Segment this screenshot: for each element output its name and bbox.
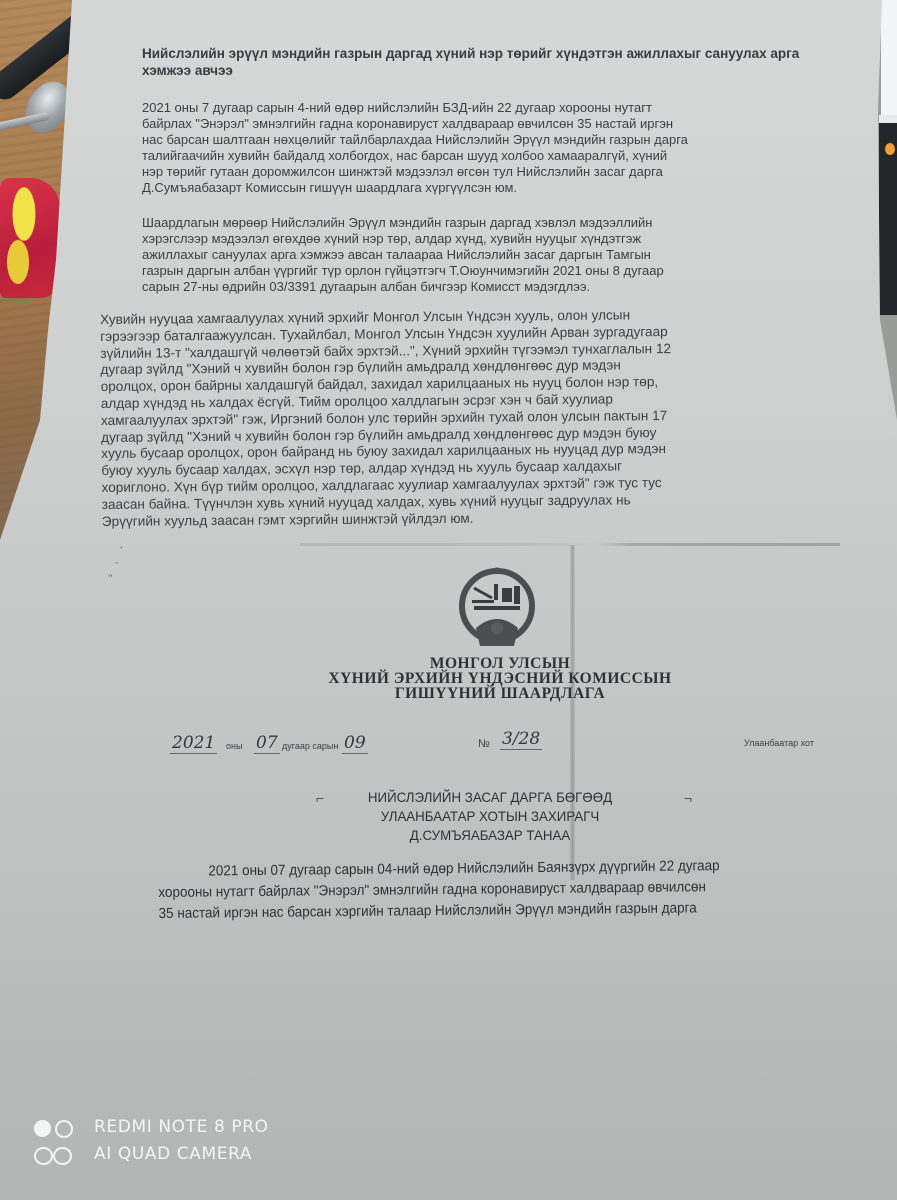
infinity-logo-icon — [34, 1144, 80, 1166]
number-label: № — [478, 738, 490, 750]
letterhead: МОНГОЛ УЛСЫН ХҮНИЙ ЭРХИЙН ҮНДЭСНИЙ КОМИС… — [300, 656, 700, 701]
speck: ʼʼ — [108, 573, 122, 587]
letter-body: 2021 оны 07 дугаар сарын 04-ний өдөр Ний… — [158, 856, 720, 925]
speck: ⁻ — [114, 559, 122, 573]
letterhead-line: ГИШҮҮНИЙ ШААРДЛАГА — [300, 686, 700, 701]
addressee-line: НИЙСЛЭЛИЙН ЗАСАГ ДАРГА БӨГӨӨД — [300, 788, 680, 807]
text-line: 2021 оны 7 дугаар сарын 4-ний өдөр нийсл… — [142, 100, 688, 116]
letterhead-line: ХҮНИЙ ЭРХИЙН ҮНДЭСНИЙ КОМИССЫН — [300, 671, 700, 686]
text-line: байрлах "Энэрэл" эмнэлгийн гадна коронав… — [142, 116, 688, 132]
document: Нийслэлийн эрүүл мэндийн газрын даргад х… — [0, 0, 897, 1200]
city-label: Улаанбаатар хот — [744, 738, 814, 748]
text-line: талийгаачийн хувийн байдалд холбогдох, н… — [142, 148, 688, 164]
print-specks: ʼ ⁻ ʼʼ — [106, 545, 122, 587]
month-label: дугаар сарын — [282, 741, 338, 751]
text-line: нас барсан шалтгаан нөхцөлийг тайлбарлах… — [142, 132, 688, 148]
text-line: ажиллахыг сануулах арга хэмжээ авсан тал… — [142, 247, 664, 263]
date-month-field: 07 — [254, 733, 280, 753]
text-line: Шаардлагын мөрөөр Нийслэлийн Эрүүл мэнди… — [142, 215, 664, 231]
letterhead-line: МОНГОЛ УЛСЫН — [300, 656, 700, 671]
speck: ʼ — [120, 545, 122, 559]
text-line: нэр төрийг гутаан доромжилсон шинжтэй мэ… — [142, 164, 688, 180]
watermark-line-2: AI QUAD CAMERA — [94, 1141, 252, 1168]
text-line: Д.Сумъяабазарт Комиссын гишүүн шаардлага… — [142, 180, 688, 196]
addressee-line: УЛААНБААТАР ХОТЫН ЗАХИРАГЧ — [300, 807, 680, 826]
document-heading: Нийслэлийн эрүүл мэндийн газрын даргад х… — [142, 45, 832, 79]
year-label: оны — [226, 741, 242, 751]
camera-watermark: REDMI NOTE 8 PRO AI QUAD CAMERA — [34, 1114, 269, 1168]
addressee-line: Д.СУМЪЯАБАЗАР ТАНАА — [300, 826, 680, 845]
date-day-field: 09 — [342, 733, 368, 753]
paragraph-2: Шаардлагын мөрөөр Нийслэлийн Эрүүл мэнди… — [142, 215, 664, 295]
letter-number-field: 3/28 — [500, 729, 542, 749]
addressee-block: НИЙСЛЭЛИЙН ЗАСАГ ДАРГА БӨГӨӨД УЛААНБААТА… — [300, 788, 680, 845]
text-line: 35 настай иргэн нас барсан хэргийн талаа… — [158, 898, 720, 925]
paragraph-3: Хувийн нууцаа хамгаалуулах хүний эрхийг … — [100, 307, 673, 530]
letter-date-row: 2021 оны 07 дугаар сарын 09 № 3/28 Улаан… — [170, 733, 840, 757]
text-line: сарын 27-ны өдрийн 03/3391 дугаарын алба… — [142, 279, 664, 295]
text-line: хэрэгслээр мэдээлэл өгөхдөө хүний нэр тө… — [142, 231, 664, 247]
mongolia-state-emblem-icon — [456, 566, 538, 654]
paragraph-1: 2021 оны 7 дугаар сарын 4-ний өдөр нийсл… — [142, 100, 688, 196]
date-year-field: 2021 — [170, 733, 217, 753]
corner-mark-right: ¬ — [684, 790, 692, 806]
text-line: газрын даргын албан үүргийг түр орлон гү… — [142, 263, 664, 279]
watermark-line-1: REDMI NOTE 8 PRO — [94, 1114, 269, 1141]
quad-camera-logo-icon — [34, 1117, 80, 1139]
